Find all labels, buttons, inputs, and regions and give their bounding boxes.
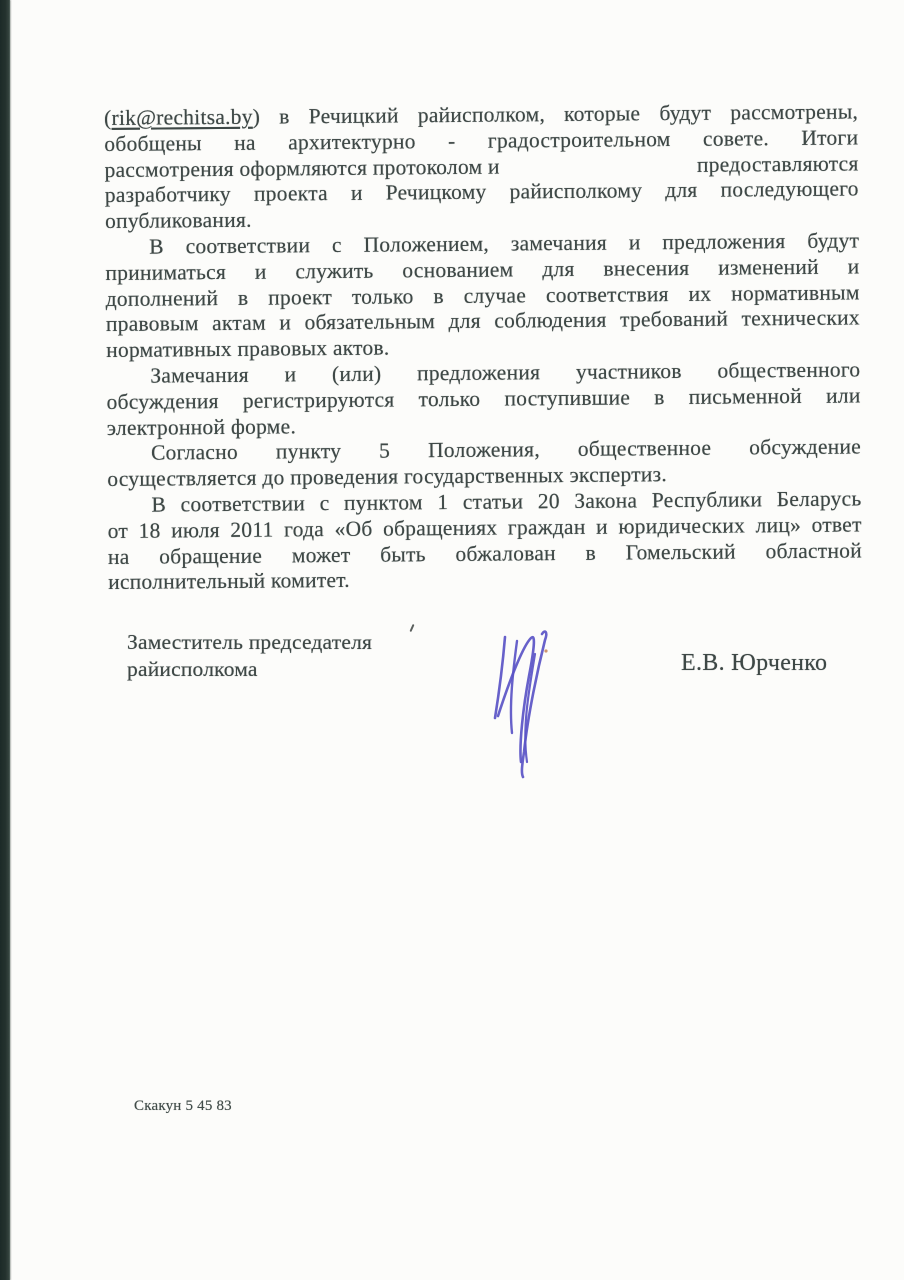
letter-body: (rik@rechitsa.by) в Речицкий райисполком…	[104, 99, 862, 596]
text-span: предоставляются	[697, 151, 859, 178]
pen-tick-mark	[409, 624, 414, 632]
handwritten-signature	[488, 613, 566, 788]
text-span: ) в Речицкий райисполком, которые будут …	[253, 99, 859, 128]
scan-edge-strip	[0, 0, 10, 1280]
executor-contact: Скакун 5 45 83	[134, 1098, 232, 1115]
text-line: исполнительный комитет.	[108, 564, 862, 596]
scanned-letter-page: (rik@rechitsa.by) в Речицкий райисполком…	[0, 0, 904, 1280]
signer-name: Е.В. Юрченко	[681, 650, 827, 677]
ink-speck	[544, 649, 547, 652]
text-span: рассмотрения оформляются протоколом и	[104, 154, 499, 183]
email-link: rik@rechitsa.by	[111, 105, 252, 130]
signer-title-line1: Заместитель председателя	[127, 629, 372, 656]
signer-title: Заместитель председателя райисполкома	[127, 629, 372, 682]
signer-title-line2: райисполкома	[127, 656, 372, 683]
